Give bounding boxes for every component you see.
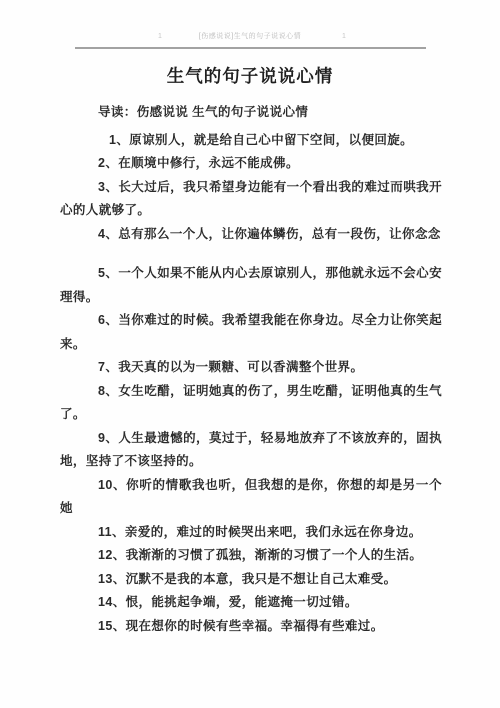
header-rule-divider — [75, 47, 426, 49]
quote-item: 6、当你难过的时候。我希望我能在你身边。尽全力让你笑起来。 — [60, 309, 442, 356]
header-left-mark: 1 — [158, 33, 162, 40]
lead-paragraph: 导读：伤感说说 生气的句子说说心情 — [60, 101, 442, 125]
document-body: 导读：伤感说说 生气的句子说说心情 1、原谅别人，就是给自己心中留下空间，以便回… — [60, 101, 442, 638]
quote-item: 14、恨，能挑起争端，爱，能遮掩一切过错。 — [60, 591, 442, 615]
quote-list: 1、原谅别人，就是给自己心中留下空间，以便回旋。2、在顺境中修行，永远不能成佛。… — [60, 129, 442, 639]
quote-item: 4、总有那么一个人，让你遍体鳞伤，总有一段伤，让你念念 — [60, 223, 442, 247]
document-page: [伤感说说]生气的句子说说心情 1 1 生气的句子说说心情 导读：伤感说说 生气… — [0, 0, 500, 708]
quote-item: 11、亲爱的，难过的时候哭出来吧，我们永远在你身边。 — [60, 521, 442, 545]
quote-item: 13、沉默不是我的本意，我只是不想让自己太难受。 — [60, 568, 442, 592]
quote-item: 7、我天真的以为一颗糖、可以香满整个世界。 — [60, 356, 442, 380]
quote-item: 1、原谅别人，就是给自己心中留下空间，以便回旋。 — [60, 129, 442, 153]
quote-item: 2、在顺境中修行，永远不能成佛。 — [60, 152, 442, 176]
page-title: 生气的句子说说心情 — [0, 64, 500, 88]
quote-item: 3、长大过后，我只希望身边能有一个看出我的难过而哄我开心的人就够了。 — [60, 176, 442, 223]
header-right-mark: 1 — [342, 33, 346, 40]
running-header: [伤感说说]生气的句子说说心情 — [0, 31, 500, 45]
quote-item: 9、人生最遗憾的，莫过于，轻易地放弃了不该放弃的，固执地，坚持了不该坚持的。 — [60, 427, 442, 474]
quote-item: 10、你听的情歌我也听，但我想的是你，你想的却是另一个她 — [60, 474, 442, 521]
quote-item: 8、女生吃醋，证明她真的伤了，男生吃醋，证明他真的生气了。 — [60, 380, 442, 427]
quote-item: 12、我渐渐的习惯了孤独，渐渐的习惯了一个人的生活。 — [60, 544, 442, 568]
quote-item: 15、现在想你的时候有些幸福。幸福得有些难过。 — [60, 615, 442, 639]
quote-item: 5、一个人如果不能从内心去原谅别人，那他就永远不会心安理得。 — [60, 262, 442, 309]
